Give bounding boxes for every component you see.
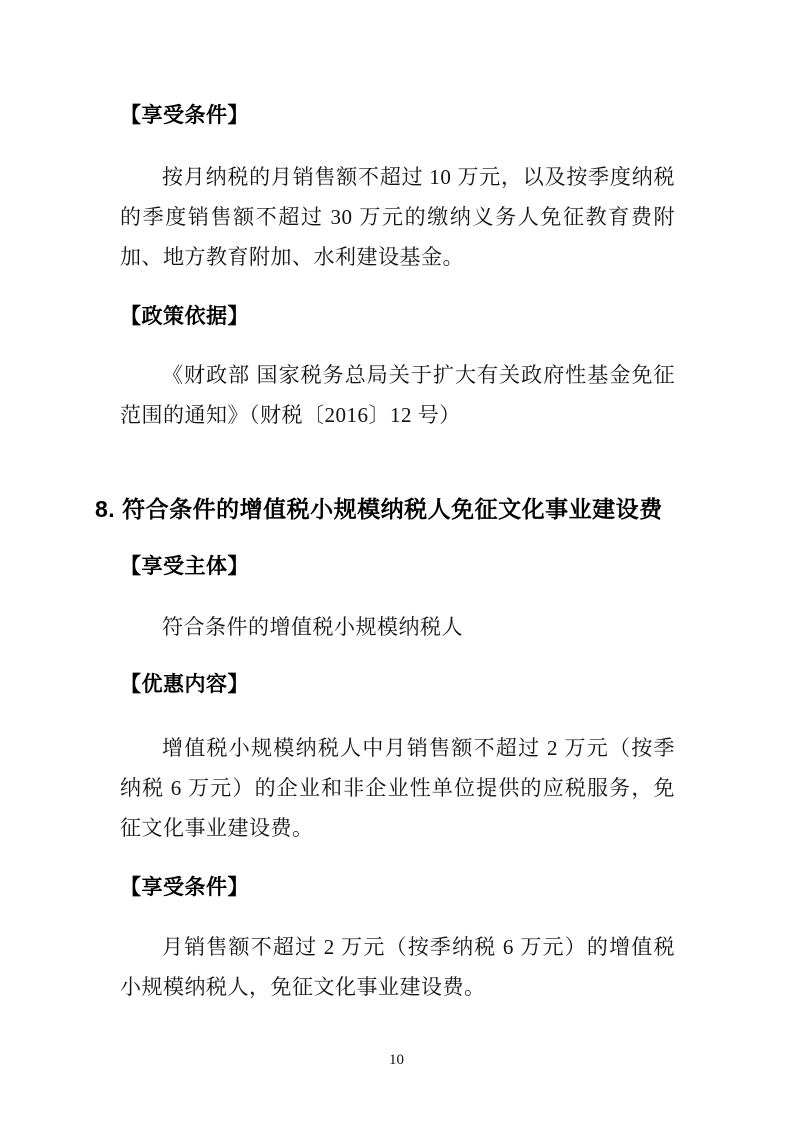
page-number: 10	[0, 1050, 793, 1070]
section-label-policy-basis: 【政策依据】	[120, 297, 675, 337]
section-heading-item-8: 8. 符合条件的增值税小规模纳税人免征文化事业建设费	[95, 488, 675, 530]
body-paragraph-preferential-content: 增值税小规模纳税人中月销售额不超过 2 万元（按季纳税 6 万元）的企业和非企业…	[120, 728, 675, 848]
section-label-enjoy-conditions-2: 【享受条件】	[120, 868, 675, 908]
body-paragraph-policy-basis: 《财政部 国家税务总局关于扩大有关政府性基金免征范围的通知》（财税〔2016〕1…	[120, 355, 675, 435]
section-label-enjoy-conditions: 【享受条件】	[120, 96, 675, 136]
section-label-preferential-content: 【优惠内容】	[120, 665, 675, 705]
body-paragraph-conditions: 按月纳税的月销售额不超过 10 万元，以及按季度纳税的季度销售额不超过 30 万…	[120, 157, 675, 277]
section-label-enjoy-subject: 【享受主体】	[120, 547, 675, 587]
body-paragraph-subject: 符合条件的增值税小规模纳税人	[120, 607, 675, 647]
document-page: 【享受条件】 按月纳税的月销售额不超过 10 万元，以及按季度纳税的季度销售额不…	[0, 0, 793, 1122]
page-content: 【享受条件】 按月纳税的月销售额不超过 10 万元，以及按季度纳税的季度销售额不…	[120, 0, 675, 1007]
body-paragraph-conditions-2: 月销售额不超过 2 万元（按季纳税 6 万元）的增值税小规模纳税人，免征文化事业…	[120, 927, 675, 1007]
